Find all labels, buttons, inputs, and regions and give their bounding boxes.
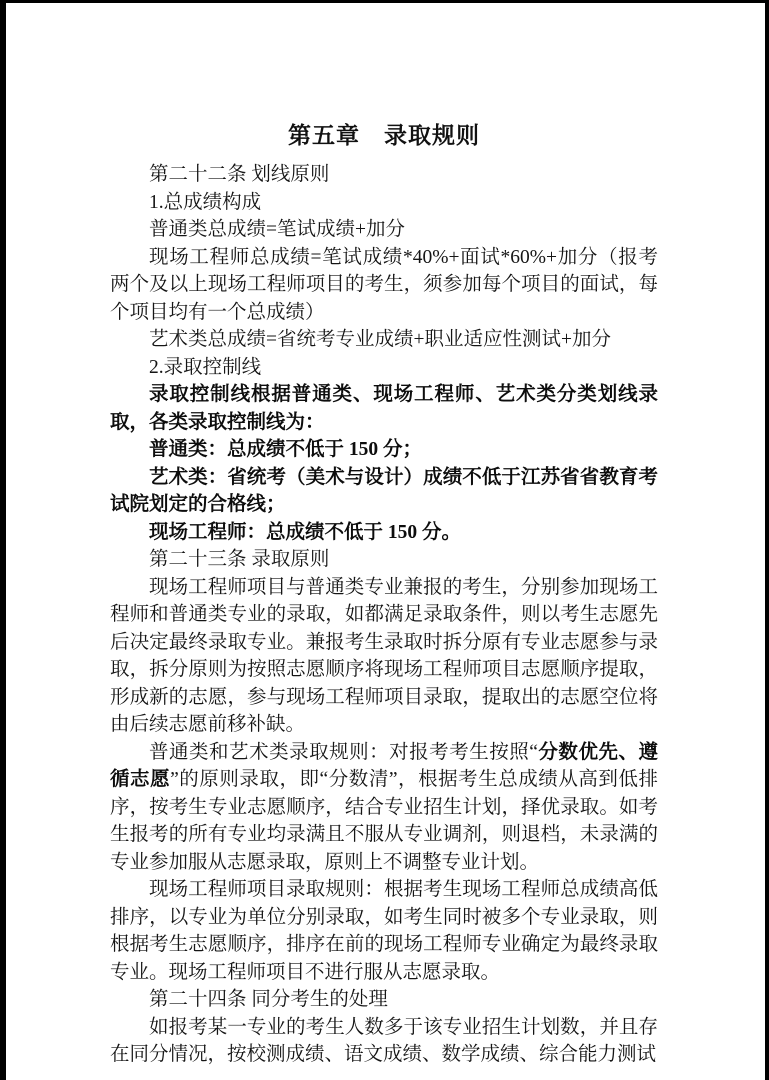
text-run: 普通类和艺术类录取规则：对报考考生按照“ <box>149 742 538 763</box>
bold-text-run: 现场工程师：总成绩不低于 150 分。 <box>149 522 461 543</box>
paragraph: 如报考某一专业的考生人数多于该专业招生计划数，并且存在同分情况，按校测成绩、语文… <box>110 1014 658 1069</box>
paragraph: 第二十二条 划线原则 <box>110 161 658 189</box>
document-page: 第五章 录取规则 第二十二条 划线原则1.总成绩构成普通类总成绩=笔试成绩+加分… <box>0 0 769 1080</box>
bold-text-run: 录取控制线根据普通类、现场工程师、艺术类分类划线录取，各类录取控制线为： <box>110 384 658 433</box>
paragraph: 普通类：总成绩不低于 150 分； <box>110 436 658 464</box>
paragraph: 艺术类总成绩=省统考专业成绩+职业适应性测试+加分 <box>110 326 658 354</box>
paragraph: 普通类总成绩=笔试成绩+加分 <box>110 216 658 244</box>
page-border-right <box>765 0 769 1080</box>
paragraph: 2.录取控制线 <box>110 354 658 382</box>
page-border-top <box>0 0 769 3</box>
chapter-title: 第五章 录取规则 <box>110 0 658 150</box>
text-run: ”的原则录取，即“分数清”，根据考生总成绩从高到低排序，按考生专业志愿顺序，结合… <box>110 769 658 873</box>
text-run: 普通类总成绩=笔试成绩+加分 <box>149 219 405 240</box>
paragraph: 普通类和艺术类录取规则：对报考考生按照“分数优先、遵循志愿”的原则录取，即“分数… <box>110 739 658 877</box>
paragraph: 第二十三条 录取原则 <box>110 546 658 574</box>
text-run: 第二十三条 录取原则 <box>149 549 329 570</box>
page-border-left <box>0 0 6 1080</box>
document-body: 第二十二条 划线原则1.总成绩构成普通类总成绩=笔试成绩+加分现场工程师总成绩=… <box>110 161 658 1069</box>
text-run: 现场工程师项目与普通类专业兼报的考生，分别参加现场工程师和普通类专业的录取，如都… <box>110 577 658 736</box>
text-run: 1.总成绩构成 <box>149 192 261 213</box>
paragraph: 录取控制线根据普通类、现场工程师、艺术类分类划线录取，各类录取控制线为： <box>110 381 658 436</box>
text-run: 现场工程师总成绩=笔试成绩*40%+面试*60%+加分（报考两个及以上现场工程师… <box>110 247 658 323</box>
text-run: 2.录取控制线 <box>149 357 261 378</box>
text-run: 现场工程师项目录取规则：根据考生现场工程师总成绩高低排序，以专业为单位分别录取，… <box>110 879 658 983</box>
text-run: 第二十二条 划线原则 <box>149 164 329 185</box>
bold-text-run: 普通类：总成绩不低于 150 分； <box>149 439 422 460</box>
text-run: 如报考某一专业的考生人数多于该专业招生计划数，并且存在同分情况，按校测成绩、语文… <box>110 1017 658 1066</box>
text-run: 艺术类总成绩=省统考专业成绩+职业适应性测试+加分 <box>149 329 611 350</box>
paragraph: 第二十四条 同分考生的处理 <box>110 986 658 1014</box>
bold-text-run: 艺术类：省统考（美术与设计）成绩不低于江苏省省教育考试院划定的合格线； <box>110 467 658 516</box>
paragraph: 1.总成绩构成 <box>110 189 658 217</box>
paragraph: 现场工程师总成绩=笔试成绩*40%+面试*60%+加分（报考两个及以上现场工程师… <box>110 244 658 327</box>
paragraph: 艺术类：省统考（美术与设计）成绩不低于江苏省省教育考试院划定的合格线； <box>110 464 658 519</box>
text-run: 第二十四条 同分考生的处理 <box>149 989 388 1010</box>
paragraph: 现场工程师：总成绩不低于 150 分。 <box>110 519 658 547</box>
paragraph: 现场工程师项目与普通类专业兼报的考生，分别参加现场工程师和普通类专业的录取，如都… <box>110 574 658 739</box>
paragraph: 现场工程师项目录取规则：根据考生现场工程师总成绩高低排序，以专业为单位分别录取，… <box>110 876 658 986</box>
